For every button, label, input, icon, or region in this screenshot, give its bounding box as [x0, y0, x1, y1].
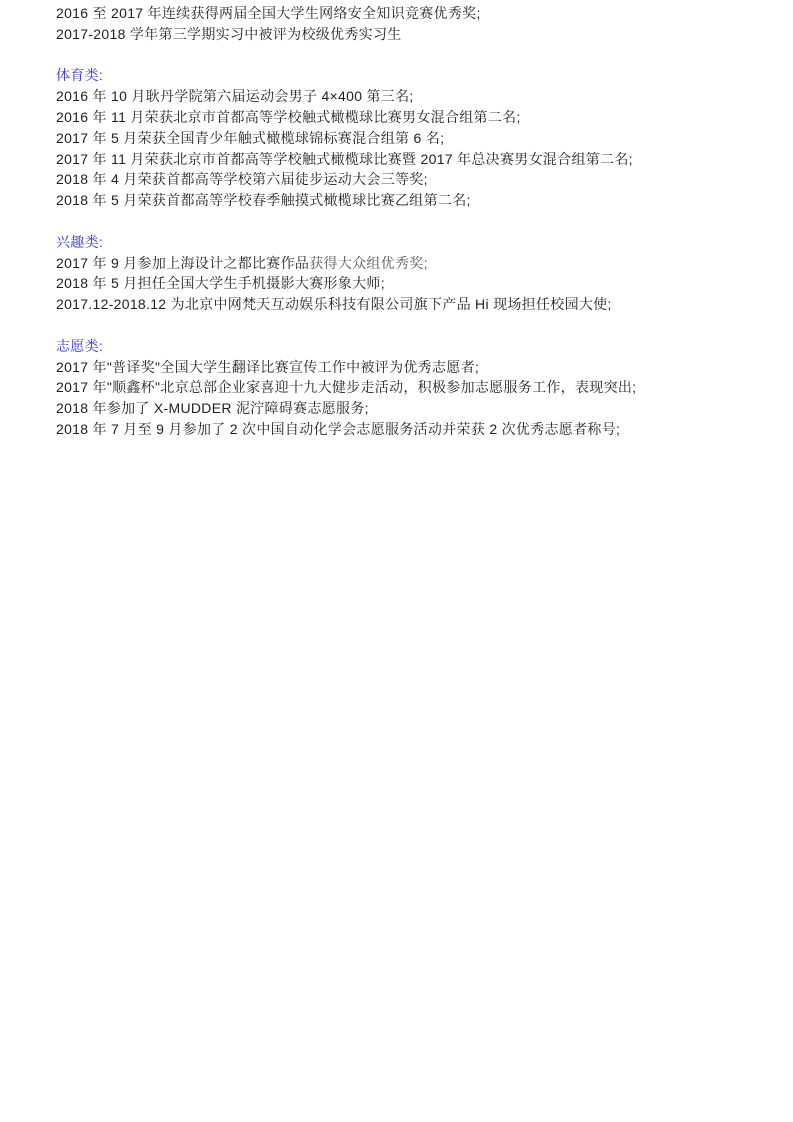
- achievement-line: 2017 年"顺鑫杯"北京总部企业家喜迎十九大健步走活动，积极参加志愿服务工作，…: [56, 377, 763, 398]
- section-sports: 体育类: 2016 年 10 月耿丹学院第六届运动会男子 4×400 第三名; …: [56, 65, 763, 211]
- achievement-line: 2018 年 4 月荣获首都高等学校第六届徒步运动大会三等奖;: [56, 169, 763, 190]
- achievement-line: 2018 年 7 月至 9 月参加了 2 次中国自动化学会志愿服务活动并荣获 2…: [56, 419, 763, 440]
- achievement-line: 2016 年 11 月荣获北京市首都高等学校触式橄榄球比赛男女混合组第二名;: [56, 107, 763, 128]
- intro-line-network-security-award: 2016 至 2017 年连续获得两届全国大学生网络安全知识竞赛优秀奖;: [56, 3, 763, 24]
- achievement-line: 2017 年"普译奖"全国大学生翻译比赛宣传工作中被评为优秀志愿者;: [56, 357, 763, 378]
- achievement-line: 2018 年参加了 X-MUDDER 泥泞障碍赛志愿服务;: [56, 398, 763, 419]
- section-heading-volunteer: 志愿类:: [56, 336, 763, 357]
- document-page: 2016 至 2017 年连续获得两届全国大学生网络安全知识竞赛优秀奖; 201…: [0, 0, 793, 1122]
- achievement-line: 2017 年 5 月荣获全国青少年触式橄榄球锦标赛混合组第 6 名;: [56, 128, 763, 149]
- achievement-line: 2017.12-2018.12 为北京中网梵天互动娱乐科技有限公司旗下产品 Hi…: [56, 294, 763, 315]
- achievement-line: 2017 年 11 月荣获北京市首都高等学校触式橄榄球比赛暨 2017 年总决赛…: [56, 149, 763, 170]
- achievement-text: 2017 年 9 月参加上海设计之都比赛作品: [56, 255, 309, 271]
- section-volunteer: 志愿类: 2017 年"普译奖"全国大学生翻译比赛宣传工作中被评为优秀志愿者; …: [56, 336, 763, 440]
- achievement-text-light: 获得大众组优秀奖;: [309, 255, 428, 271]
- achievement-line: 2016 年 10 月耿丹学院第六届运动会男子 4×400 第三名;: [56, 86, 763, 107]
- section-heading-sports: 体育类:: [56, 65, 763, 86]
- achievement-line: 2018 年 5 月担任全国大学生手机摄影大赛形象大师;: [56, 273, 763, 294]
- section-interests: 兴趣类: 2017 年 9 月参加上海设计之都比赛作品获得大众组优秀奖; 201…: [56, 232, 763, 315]
- achievement-line: 2018 年 5 月荣获首都高等学校春季触摸式橄榄球比赛乙组第二名;: [56, 190, 763, 211]
- achievement-line: 2017 年 9 月参加上海设计之都比赛作品获得大众组优秀奖;: [56, 253, 763, 274]
- intro-line-excellent-intern: 2017-2018 学年第三学期实习中被评为校级优秀实习生: [56, 24, 763, 45]
- section-heading-interests: 兴趣类:: [56, 232, 763, 253]
